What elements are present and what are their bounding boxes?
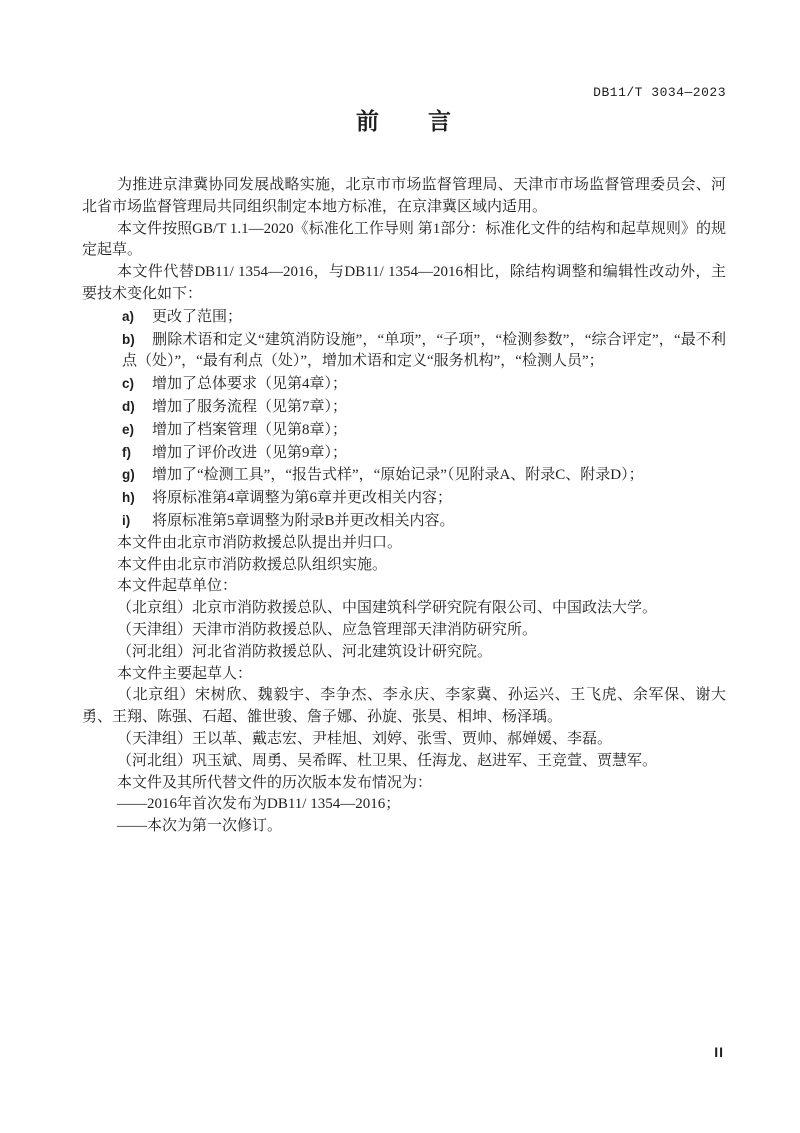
page-number: II bbox=[714, 1044, 724, 1060]
change-list-item: h)将原标准第4章调整为第6章并更改相关内容； bbox=[122, 487, 726, 510]
foreword-paragraph: ——2016年首次发布为DB11/ 1354—2016； bbox=[82, 794, 726, 816]
change-item-label: d) bbox=[122, 396, 152, 418]
change-list-item: a)更改了范围； bbox=[122, 306, 726, 329]
change-item-text: 增加了评价改进（见第9章）； bbox=[152, 445, 347, 461]
change-list-item: g)增加了“检测工具”，“报告式样”，“原始记录”（见附录A、附录C、附录D）； bbox=[122, 464, 726, 487]
foreword-paragraph: 本文件起草单位： bbox=[82, 576, 726, 598]
change-list-item: e)增加了档案管理（见第8章）； bbox=[122, 419, 726, 442]
foreword-paragraph: 本文件代替DB11/ 1354—2016，与DB11/ 1354—2016相比，… bbox=[82, 262, 726, 306]
change-list-item: i)将原标准第5章调整为附录B并更改相关内容。 bbox=[122, 510, 726, 533]
change-item-text: 增加了总体要求（见第4章）； bbox=[152, 376, 347, 392]
change-item-label: c) bbox=[122, 373, 152, 395]
change-item-text: 增加了“检测工具”，“报告式样”，“原始记录”（见附录A、附录C、附录D）； bbox=[152, 467, 644, 483]
change-list-item: b)删除术语和定义“建筑消防设施”，“单项”，“子项”，“检测参数”，“综合评定… bbox=[122, 329, 726, 374]
change-item-label: a) bbox=[122, 306, 152, 328]
change-item-text: 将原标准第5章调整为附录B并更改相关内容。 bbox=[152, 513, 455, 529]
change-item-text: 删除术语和定义“建筑消防设施”，“单项”，“子项”，“检测参数”，“综合评定”，… bbox=[122, 332, 726, 370]
standard-code: DB11/T 3034—2023 bbox=[593, 85, 726, 100]
foreword-paragraph: （北京组）北京市消防救援总队、中国建筑科学研究院有限公司、中国政法大学。 bbox=[82, 598, 726, 620]
change-item-text: 增加了服务流程（见第7章）； bbox=[152, 399, 347, 415]
change-item-text: 增加了档案管理（见第8章）； bbox=[152, 422, 347, 438]
change-item-label: i) bbox=[122, 510, 152, 532]
foreword-paragraph: 本文件主要起草人： bbox=[82, 664, 726, 686]
change-list: a)更改了范围； b)删除术语和定义“建筑消防设施”，“单项”，“子项”，“检测… bbox=[82, 306, 726, 533]
change-list-item: d)增加了服务流程（见第7章）； bbox=[122, 396, 726, 419]
foreword-paragraph: 为推进京津冀协同发展战略实施，北京市市场监督管理局、天津市市场监督管理委员会、河… bbox=[82, 175, 726, 219]
foreword-paragraph: （河北组）巩玉斌、周勇、吴希晖、杜卫果、任海龙、赵进军、王竞萱、贾慧军。 bbox=[82, 751, 726, 773]
change-item-label: g) bbox=[122, 464, 152, 486]
change-item-text: 将原标准第4章调整为第6章并更改相关内容； bbox=[152, 490, 452, 506]
foreword-paragraph: ——本次为第一次修订。 bbox=[82, 816, 726, 838]
change-list-item: c)增加了总体要求（见第4章）； bbox=[122, 373, 726, 396]
foreword-paragraph: （天津组）王以革、戴志宏、尹桂旭、刘婷、张雪、贾帅、郝婵媛、李磊。 bbox=[82, 729, 726, 751]
foreword-paragraph: （河北组）河北省消防救援总队、河北建筑设计研究院。 bbox=[82, 642, 726, 664]
change-item-label: e) bbox=[122, 419, 152, 441]
page-title: 前 言 bbox=[82, 103, 726, 136]
foreword-paragraph: 本文件由北京市消防救援总队组织实施。 bbox=[82, 555, 726, 577]
foreword-content: 为推进京津冀协同发展战略实施，北京市市场监督管理局、天津市市场监督管理委员会、河… bbox=[82, 175, 726, 838]
foreword-paragraph: （天津组）天津市消防救援总队、应急管理部天津消防研究所。 bbox=[82, 620, 726, 642]
change-list-item: f)增加了评价改进（见第9章）； bbox=[122, 442, 726, 465]
change-item-label: b) bbox=[122, 329, 152, 351]
change-item-label: f) bbox=[122, 442, 152, 464]
document-page: DB11/T 3034—2023 前 言 为推进京津冀协同发展战略实施，北京市市… bbox=[0, 0, 800, 1133]
change-item-text: 更改了范围； bbox=[152, 309, 242, 325]
foreword-paragraph: 本文件及其所代替文件的历次版本发布情况为： bbox=[82, 773, 726, 795]
foreword-paragraph: （北京组）宋树欣、魏毅宇、李争杰、李永庆、李家冀、孙运兴、王飞虎、余军保、谢大勇… bbox=[82, 685, 726, 729]
foreword-paragraph: 本文件由北京市消防救援总队提出并归口。 bbox=[82, 533, 726, 555]
change-item-label: h) bbox=[122, 487, 152, 509]
foreword-paragraph: 本文件按照GB/T 1.1—2020《标准化工作导则 第1部分：标准化文件的结构… bbox=[82, 219, 726, 263]
